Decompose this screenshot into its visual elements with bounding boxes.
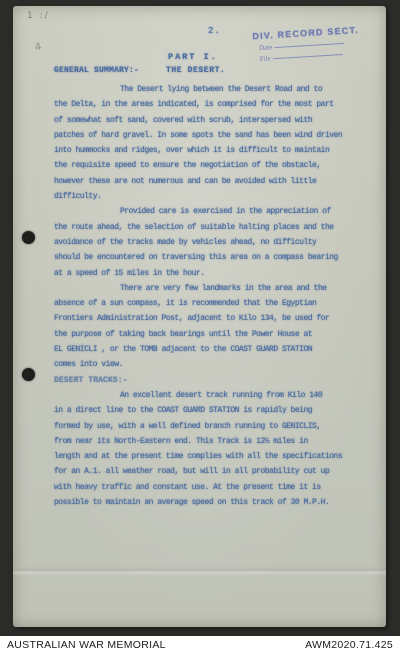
section-heading-row: GENERAL SUMMARY:- THE DESERT. — [54, 66, 364, 80]
typed-line: formed by use, with a well defined branc… — [54, 419, 359, 434]
typed-line: difficulty. — [54, 189, 359, 204]
typed-line: the Delta, in the areas indicated, is co… — [54, 97, 359, 112]
section-subject: THE DESERT. — [166, 66, 225, 75]
section-heading: GENERAL SUMMARY:- — [54, 66, 139, 75]
part-heading: PART I. — [168, 52, 218, 62]
typed-line: The Desert lying between the Desert Road… — [54, 82, 359, 97]
stamp-file-rule — [273, 54, 343, 59]
typed-line: DESERT TRACKS:- — [54, 373, 359, 388]
typed-line: at a speed of 15 miles in the hour. — [54, 266, 359, 281]
hole-punch-bottom — [22, 368, 35, 381]
pencil-annotation-secondary: 4 — [34, 41, 43, 53]
typed-line: Frontiers Administration Post, adjacent … — [54, 311, 359, 326]
typed-line: EL GENICLI , or the TOMB adjacent to the… — [54, 342, 359, 357]
typed-line: with heavy traffic and constant use. At … — [54, 480, 359, 495]
typed-line: avoidance of the tracks made by vehicles… — [54, 235, 359, 250]
stamp-file-label: File — [260, 54, 271, 63]
typed-line: Provided care is exercised in the apprec… — [54, 204, 359, 219]
archive-caption-bar: AUSTRALIAN WAR MEMORIAL AWM2020.71.425 — [0, 636, 400, 653]
scan-photo-area: 1 :/ 4 2. DIV. RECORD SECT. Date File PA… — [0, 0, 400, 636]
typed-line: into hummocks and ridges, over which it … — [54, 143, 359, 158]
typed-line: the requisite speed to ensure the negoti… — [54, 158, 359, 173]
paper-crease — [13, 566, 386, 576]
typed-line: An excellent desert track running from K… — [54, 388, 359, 403]
accession-number: AWM2020.71.425 — [305, 639, 393, 651]
stamp-date-rule — [274, 43, 344, 48]
page-number: 2. — [208, 26, 221, 36]
document-page: 1 :/ 4 2. DIV. RECORD SECT. Date File PA… — [13, 6, 386, 627]
typed-line: length and at the present time complies … — [54, 449, 359, 464]
records-stamp: DIV. RECORD SECT. Date File — [252, 25, 366, 64]
typed-line: in a direct line to the COAST GUARD STAT… — [54, 403, 359, 418]
institution-name: AUSTRALIAN WAR MEMORIAL — [7, 639, 166, 651]
typed-line: possible to maintain an average speed on… — [54, 495, 359, 510]
typed-line: for an A.1. all weather road, but will i… — [54, 464, 359, 479]
typed-line: the purpose of taking back bearings unti… — [54, 327, 359, 342]
typed-line: the route ahead, the selection of suitab… — [54, 220, 359, 235]
typed-line: comes into view. — [54, 357, 359, 372]
typed-line: from near its North-Eastern end. This Tr… — [54, 434, 359, 449]
pencil-annotation: 1 :/ — [27, 11, 50, 21]
typed-line: absence of a sun compass, it is recommen… — [54, 296, 359, 311]
typed-line: of somewhat soft sand, covered with scru… — [54, 113, 359, 128]
typed-body-text: The Desert lying between the Desert Road… — [54, 82, 359, 510]
hole-punch-top — [22, 231, 35, 244]
typed-line: There are very few landmarks in the area… — [54, 281, 359, 296]
stamp-date-label: Date — [259, 43, 273, 52]
typed-line: should be encountered on traversing this… — [54, 250, 359, 265]
typed-line: however these are not numerous and can b… — [54, 174, 359, 189]
typed-line: patches of hard gravel. In some spots th… — [54, 128, 359, 143]
